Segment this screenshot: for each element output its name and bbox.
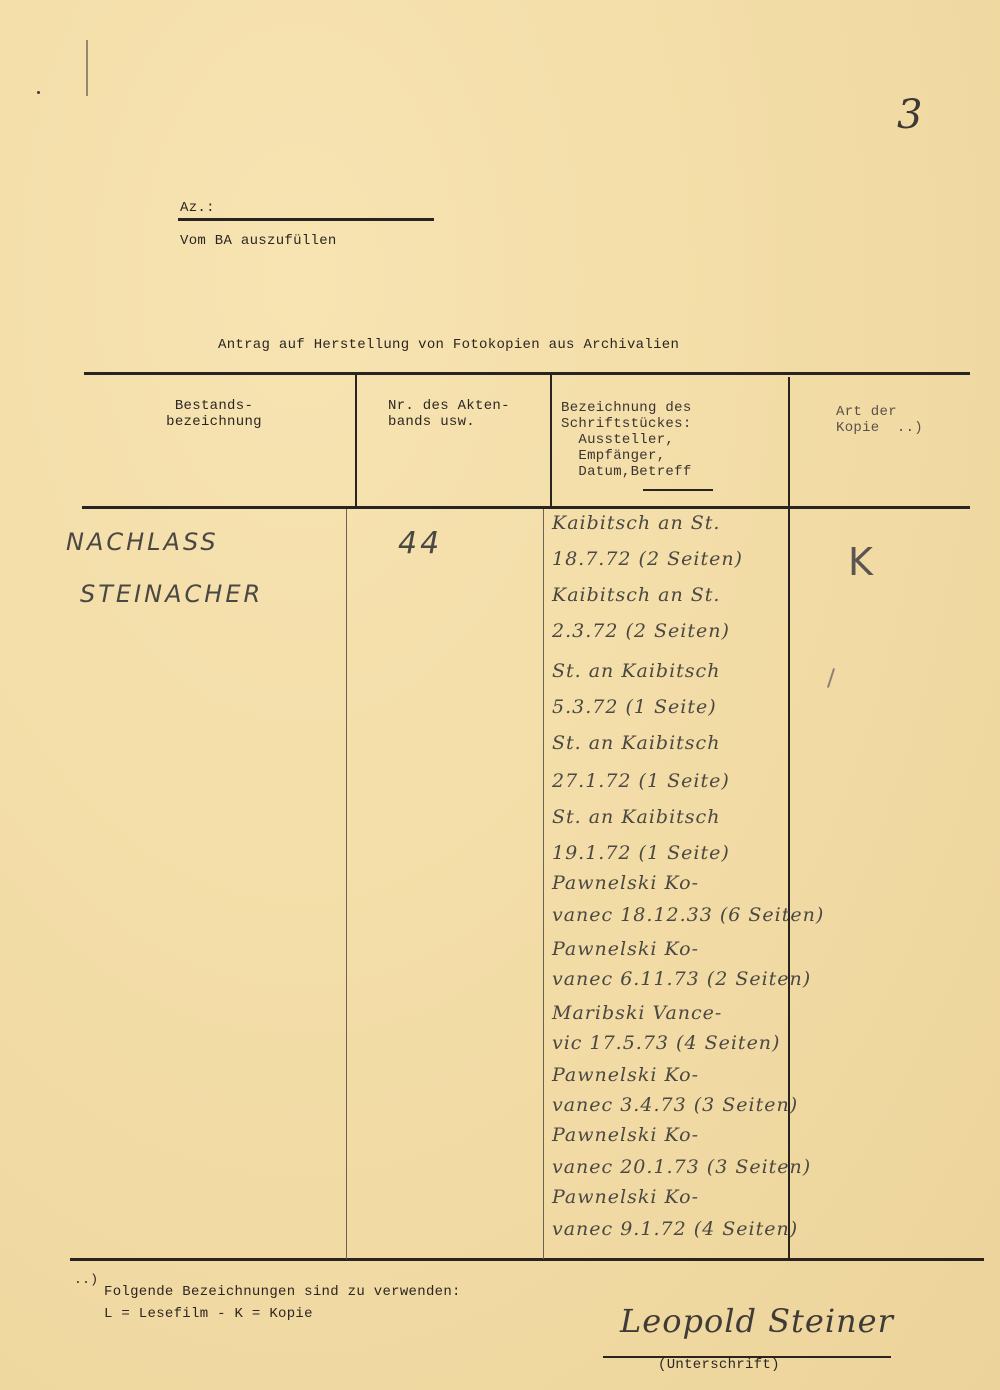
bestand-line-1: NACHLASS	[66, 528, 219, 556]
col-divider-1-body	[346, 509, 347, 1259]
akten-number: 44	[398, 526, 442, 561]
col-divider-1	[355, 375, 357, 508]
document-line: 2.3.72 (2 Seiten)	[552, 620, 730, 642]
table-bottom-border	[70, 1258, 984, 1261]
signature-label: (Unterschrift)	[658, 1357, 780, 1373]
stray-mark	[86, 40, 88, 96]
az-label: Az.:	[180, 200, 215, 216]
stray-dot	[37, 91, 40, 94]
header-bottom-border	[82, 506, 970, 509]
document-line: Pawnelski Ko-	[552, 1124, 699, 1146]
document-line: vanec 20.1.73 (3 Seiten)	[552, 1156, 811, 1178]
document-line: St. an Kaibitsch	[552, 660, 720, 682]
document-line: vanec 9.1.72 (4 Seiten)	[552, 1218, 798, 1240]
document-line: Maribski Vance-	[552, 1002, 722, 1024]
table-top-border	[84, 372, 970, 375]
column-header-art: Art der Kopie ..)	[836, 404, 923, 436]
pencil-tick	[827, 668, 835, 688]
document-line: Pawnelski Ko-	[552, 872, 699, 894]
document-line: St. an Kaibitsch	[552, 732, 720, 754]
document-line: vanec 18.12.33 (6 Seiten)	[552, 904, 824, 926]
col-divider-2-body	[543, 509, 544, 1259]
document-line: Pawnelski Ko-	[552, 1064, 699, 1086]
footnote-marker: ..)	[74, 1272, 98, 1287]
column-header-nr: Nr. des Akten- bands usw.	[388, 398, 510, 430]
betreff-underline	[643, 489, 713, 491]
page-number: 3	[897, 92, 922, 138]
footnote-line-1: Folgende Bezeichnungen sind zu verwenden…	[104, 1284, 461, 1300]
document-line: vanec 3.4.73 (3 Seiten)	[552, 1094, 798, 1116]
document-line: 27.1.72 (1 Seite)	[552, 770, 730, 792]
column-header-bestand: Bestands- bezeichnung	[134, 398, 294, 430]
column-header-bezeichnung: Bezeichnung des Schriftstückes: Ausstell…	[561, 400, 692, 480]
art-der-kopie-value: K	[848, 540, 876, 584]
col-divider-3	[788, 377, 790, 1260]
form-title: Antrag auf Herstellung von Fotokopien au…	[218, 337, 679, 353]
document-line: 19.1.72 (1 Seite)	[552, 842, 730, 864]
document-line: Pawnelski Ko-	[552, 938, 699, 960]
signature: Leopold Steiner	[620, 1302, 894, 1340]
document-line: St. an Kaibitsch	[552, 806, 720, 828]
bestand-line-2: STEINACHER	[80, 580, 263, 608]
az-note: Vom BA auszufüllen	[180, 233, 337, 249]
document-line: Kaibitsch an St.	[552, 584, 720, 606]
footnote-line-2: L = Lesefilm - K = Kopie	[104, 1306, 313, 1322]
document-line: vanec 6.11.73 (2 Seiten)	[552, 968, 811, 990]
col-divider-2	[550, 375, 552, 508]
document-line: 5.3.72 (1 Seite)	[552, 696, 717, 718]
document-line: Pawnelski Ko-	[552, 1186, 699, 1208]
document-line: 18.7.72 (2 Seiten)	[552, 548, 743, 570]
document-line: Kaibitsch an St.	[552, 512, 720, 534]
az-field-line	[178, 218, 434, 221]
document-line: vic 17.5.73 (4 Seiten)	[552, 1032, 780, 1054]
